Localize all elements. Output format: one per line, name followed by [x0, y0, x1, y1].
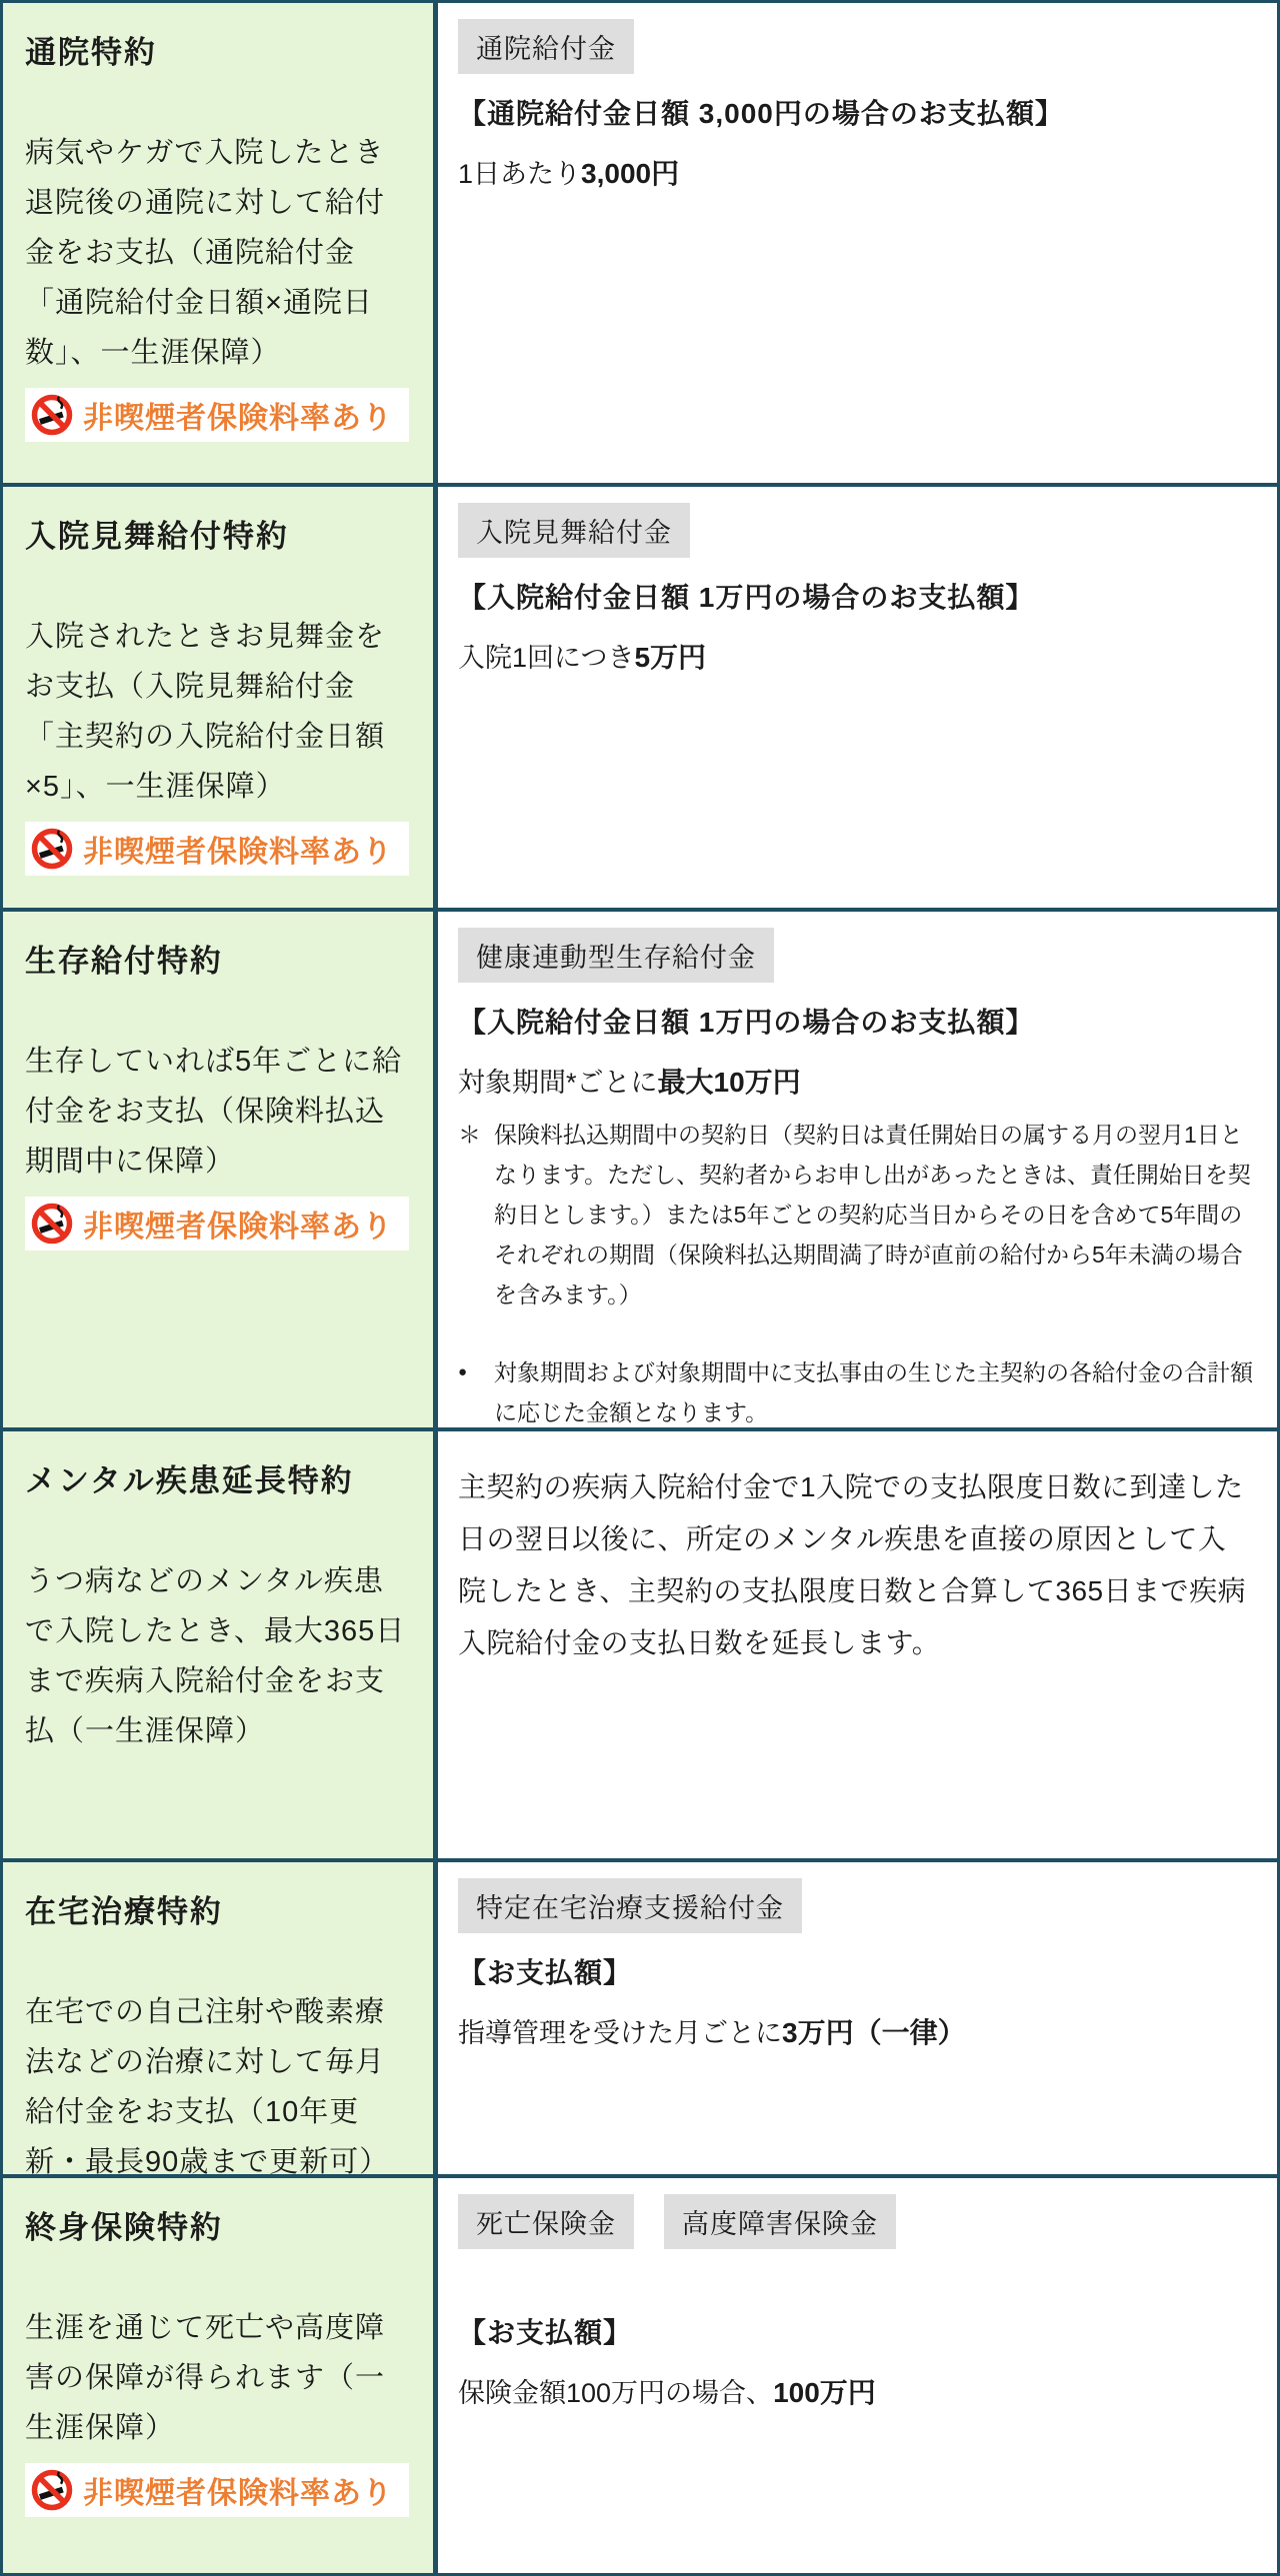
rider-cell: 在宅治療特約 在宅での自己注射や酸素療法などの治療に対して毎月給付金をお支払（1…: [3, 1862, 438, 2174]
benefit-badge: 特定在宅治療支援給付金: [458, 1878, 802, 1933]
rider-description: うつ病などのメンタル疾患で入院したとき、最大365日まで疾病入院給付金をお支払（…: [25, 1556, 413, 1756]
table-row: メンタル疾患延長特約 うつ病などのメンタル疾患で入院したとき、最大365日まで疾…: [3, 1431, 1277, 1862]
benefit-badges: 健康連動型生存給付金: [458, 928, 1253, 983]
benefit-badges: 通院給付金: [458, 19, 1253, 74]
amount-value: 最大10万円: [658, 1067, 801, 1098]
table-row: 通院特約 病気やケガで入院したとき退院後の通院に対して給付金をお支払（通院給付金…: [3, 3, 1277, 487]
amount-value: 5万円: [634, 642, 706, 673]
nonsmoker-badge: 非喫煙者保険料率あり: [25, 2463, 409, 2517]
benefit-badge: 入院見舞給付金: [458, 503, 690, 558]
table-row: 生存給付特約 生存していれば5年ごとに給付金をお支払（保険料払込期間中に保障） …: [3, 912, 1277, 1431]
amount-prefix: 1日あたり: [458, 159, 581, 189]
benefit-heading: 【お支払額】: [458, 1951, 1253, 1991]
nonsmoker-badge: 非喫煙者保険料率あり: [25, 388, 409, 442]
rider-description: 病気やケガで入院したとき退院後の通院に対して給付金をお支払（通院給付金「通院給付…: [25, 128, 413, 378]
bullet-note: ● 対象期間および対象期間中に支払事由の生じた主契約の各給付金の合計額に応じた金…: [458, 1352, 1253, 1427]
rider-title: 終身保険特約: [25, 2202, 413, 2247]
rider-title: 入院見舞給付特約: [25, 511, 413, 556]
benefit-cell: 死亡保険金 高度障害保険金 【お支払額】 保険金額100万円の場合、100万円: [438, 2178, 1277, 2573]
rider-description: 入院されたときお見舞金をお支払（入院見舞給付金「主契約の入院給付金日額×5」、一…: [25, 612, 413, 812]
benefit-cell: 通院給付金 【通院給付金日額 3,000円の場合のお支払額】 1日あたり3,00…: [438, 3, 1277, 483]
no-smoking-icon: [31, 394, 73, 436]
nonsmoker-badge: 非喫煙者保険料率あり: [25, 822, 409, 876]
rider-title: 通院特約: [25, 27, 413, 72]
rider-benefits-table: 通院特約 病気やケガで入院したとき退院後の通院に対して給付金をお支払（通院給付金…: [0, 0, 1280, 2576]
rider-title: メンタル疾患延長特約: [25, 1455, 413, 1500]
benefit-badge: 高度障害保険金: [664, 2194, 896, 2249]
nonsmoker-label: 非喫煙者保険料率あり: [83, 1202, 393, 1246]
no-smoking-icon: [31, 1203, 73, 1245]
nonsmoker-label: 非喫煙者保険料率あり: [83, 827, 393, 871]
note-text: 対象期間および対象期間中に支払事由の生じた主契約の各給付金の合計額に応じた金額と…: [494, 1352, 1253, 1427]
amount-value: 3万円（一律）: [782, 2017, 966, 2048]
rider-cell: 生存給付特約 生存していれば5年ごとに給付金をお支払（保険料払込期間中に保障） …: [3, 912, 438, 1427]
benefit-cell: 特定在宅治療支援給付金 【お支払額】 指導管理を受けた月ごとに3万円（一律）: [438, 1862, 1277, 2174]
rider-description: 生涯を通じて死亡や高度障害の保障が得られます（一生涯保障）: [25, 2303, 413, 2453]
bullet-icon: ●: [458, 1352, 494, 1427]
no-smoking-icon: [31, 828, 73, 870]
rider-cell: 入院見舞給付特約 入院されたときお見舞金をお支払（入院見舞給付金「主契約の入院給…: [3, 487, 438, 908]
benefit-badge: 死亡保険金: [458, 2194, 634, 2249]
amount-prefix: 入院1回につき: [458, 643, 634, 673]
benefit-cell: 主契約の疾病入院給付金で1入院での支払限度日数に到達した日の翌日以後に、所定のメ…: [438, 1431, 1277, 1858]
rider-cell: 通院特約 病気やケガで入院したとき退院後の通院に対して給付金をお支払（通院給付金…: [3, 3, 438, 483]
rider-title: 生存給付特約: [25, 936, 413, 981]
note-marker: ＊: [458, 1115, 494, 1314]
benefit-cell: 入院見舞給付金 【入院給付金日額 1万円の場合のお支払額】 入院1回につき5万円: [438, 487, 1277, 908]
rider-cell: メンタル疾患延長特約 うつ病などのメンタル疾患で入院したとき、最大365日まで疾…: [3, 1431, 438, 1858]
rider-title: 在宅治療特約: [25, 1886, 413, 1931]
benefit-badges: 死亡保険金 高度障害保険金: [458, 2194, 1253, 2249]
asterisk-note: ＊ 保険料払込期間中の契約日（契約日は責任開始日の属する月の翌月1日となります。…: [458, 1115, 1253, 1314]
table-row: 入院見舞給付特約 入院されたときお見舞金をお支払（入院見舞給付金「主契約の入院給…: [3, 487, 1277, 912]
table-row: 在宅治療特約 在宅での自己注射や酸素療法などの治療に対して毎月給付金をお支払（1…: [3, 1862, 1277, 2178]
nonsmoker-label: 非喫煙者保険料率あり: [83, 2468, 393, 2512]
note-text: 保険料払込期間中の契約日（契約日は責任開始日の属する月の翌月1日となります。ただ…: [494, 1115, 1253, 1314]
benefit-amount: 入院1回につき5万円: [458, 636, 1253, 676]
nonsmoker-label: 非喫煙者保険料率あり: [83, 393, 393, 437]
benefit-badge: 健康連動型生存給付金: [458, 928, 774, 983]
benefit-amount: 1日あたり3,000円: [458, 152, 1253, 192]
amount-prefix: 保険金額100万円の場合、: [458, 2378, 773, 2408]
benefit-amount: 指導管理を受けた月ごとに3万円（一律）: [458, 2011, 1253, 2051]
benefit-amount: 対象期間*ごとに最大10万円: [458, 1061, 1253, 1101]
rider-description: 在宅での自己注射や酸素療法などの治療に対して毎月給付金をお支払（10年更新・最長…: [25, 1987, 413, 2174]
amount-value: 3,000円: [581, 158, 679, 189]
benefit-description: 主契約の疾病入院給付金で1入院での支払限度日数に到達した日の翌日以後に、所定のメ…: [458, 1461, 1253, 1669]
rider-cell: 終身保険特約 生涯を通じて死亡や高度障害の保障が得られます（一生涯保障） 非喫煙…: [3, 2178, 438, 2573]
benefit-heading: 【お支払額】: [458, 2311, 1253, 2351]
benefit-badges: 特定在宅治療支援給付金: [458, 1878, 1253, 1933]
benefit-cell: 健康連動型生存給付金 【入院給付金日額 1万円の場合のお支払額】 対象期間*ごと…: [438, 912, 1277, 1427]
table-row: 終身保険特約 生涯を通じて死亡や高度障害の保障が得られます（一生涯保障） 非喫煙…: [3, 2178, 1277, 2573]
amount-value: 100万円: [773, 2377, 876, 2408]
rider-description: 生存していれば5年ごとに給付金をお支払（保険料払込期間中に保障）: [25, 1037, 413, 1187]
benefit-badges: 入院見舞給付金: [458, 503, 1253, 558]
benefit-heading: 【入院給付金日額 1万円の場合のお支払額】: [458, 576, 1253, 616]
benefit-heading: 【通院給付金日額 3,000円の場合のお支払額】: [458, 92, 1253, 132]
nonsmoker-badge: 非喫煙者保険料率あり: [25, 1197, 409, 1251]
benefit-amount: 保険金額100万円の場合、100万円: [458, 2371, 1253, 2411]
benefit-badge: 通院給付金: [458, 19, 634, 74]
amount-prefix: 対象期間*ごとに: [458, 1068, 658, 1098]
amount-prefix: 指導管理を受けた月ごとに: [458, 2018, 782, 2048]
no-smoking-icon: [31, 2469, 73, 2511]
benefit-heading: 【入院給付金日額 1万円の場合のお支払額】: [458, 1001, 1253, 1041]
